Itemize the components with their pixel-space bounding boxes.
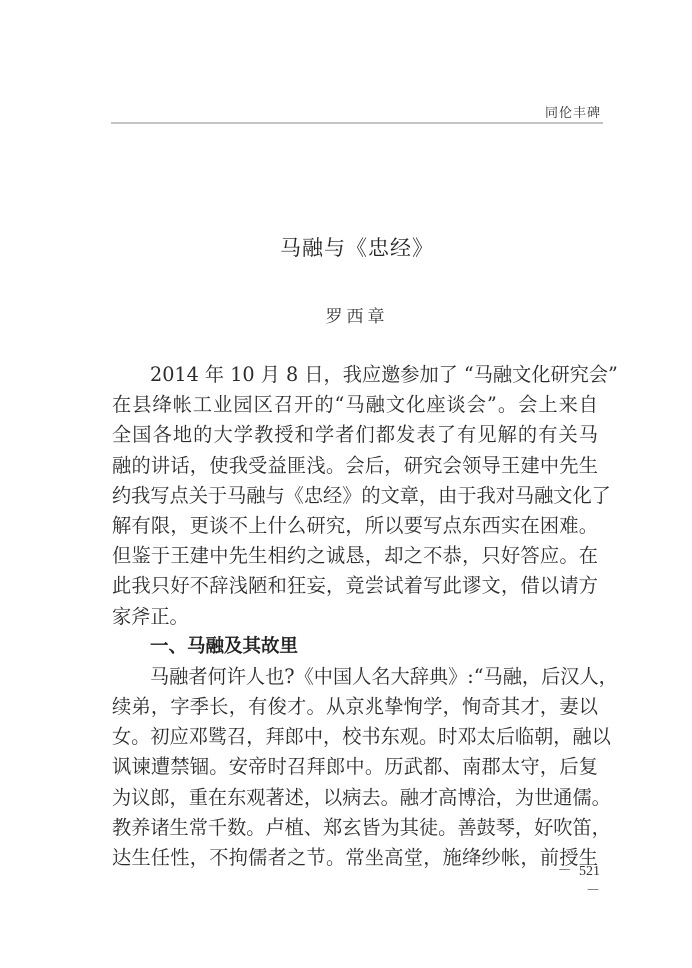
text-line: 讽谏遭禁锢。安帝时召拜郎中。历武都、南郡太守，后复 [112, 752, 598, 782]
text-line: 融的讲话，使我受益匪浅。会后，研究会领导王建中先生 [112, 451, 598, 481]
article-title: 马融与《忠经》 [111, 232, 603, 262]
text-line: 女。初应邓骘召，拜郎中，校书东观。时邓太后临朝，融以 [112, 722, 598, 752]
article-body: 2014 年 10 月 8 日，我应邀参加了 “马融文化研究会” 在县绛帐工业园… [112, 360, 598, 873]
running-header: 同伦丰碑 [111, 100, 603, 124]
text-line: 达生任性，不拘儒者之节。常坐高堂，施绛纱帐，前授生 [112, 843, 598, 873]
text-line: 但鉴于王建中先生相约之诚恳，却之不恭，只好答应。在 [112, 541, 598, 571]
text-line: 2014 年 10 月 8 日，我应邀参加了 “马融文化研究会” [112, 360, 598, 390]
text-line: 续弟，字季长，有俊才。从京兆挚恂学，恂奇其才，妻以 [112, 692, 598, 722]
text-line: 约我写点关于马融与《忠经》的文章，由于我对马融文化了 [112, 481, 598, 511]
text-line: 解有限，更谈不上什么研究，所以要写点东西实在困难。 [112, 511, 598, 541]
text-line: 全国各地的大学教授和学者们都发表了有见解的有关马 [112, 420, 598, 450]
text-line: 在县绛帐工业园区召开的“马融文化座谈会”。会上来自 [112, 390, 598, 420]
text-line: 家斧正。 [112, 602, 598, 632]
text-line: 此我只好不辞浅陋和狂妄，竟尝试着写此谬文，借以请方 [112, 571, 598, 601]
text-line: 马融者何许人也?《中国人名大辞典》:“马融，后汉人， [112, 662, 598, 692]
intro-paragraph: 2014 年 10 月 8 日，我应邀参加了 “马融文化研究会” 在县绛帐工业园… [112, 360, 598, 632]
article-author: 罗西章 [111, 302, 603, 327]
section-paragraph: 马融者何许人也?《中国人名大辞典》:“马融，后汉人， 续弟，字季长，有俊才。从京… [112, 662, 598, 873]
text-line: 教养诸生常千数。卢植、郑玄皆为其徒。善鼓琴，好吹笛， [112, 813, 598, 843]
running-header-text: 同伦丰碑 [545, 102, 601, 121]
text-line: 为议郎，重在东观著述，以病去。融才高博洽，为世通儒。 [112, 783, 598, 813]
page-number: － 521 － [540, 860, 600, 900]
section-heading: 一、马融及其故里 [112, 632, 598, 662]
